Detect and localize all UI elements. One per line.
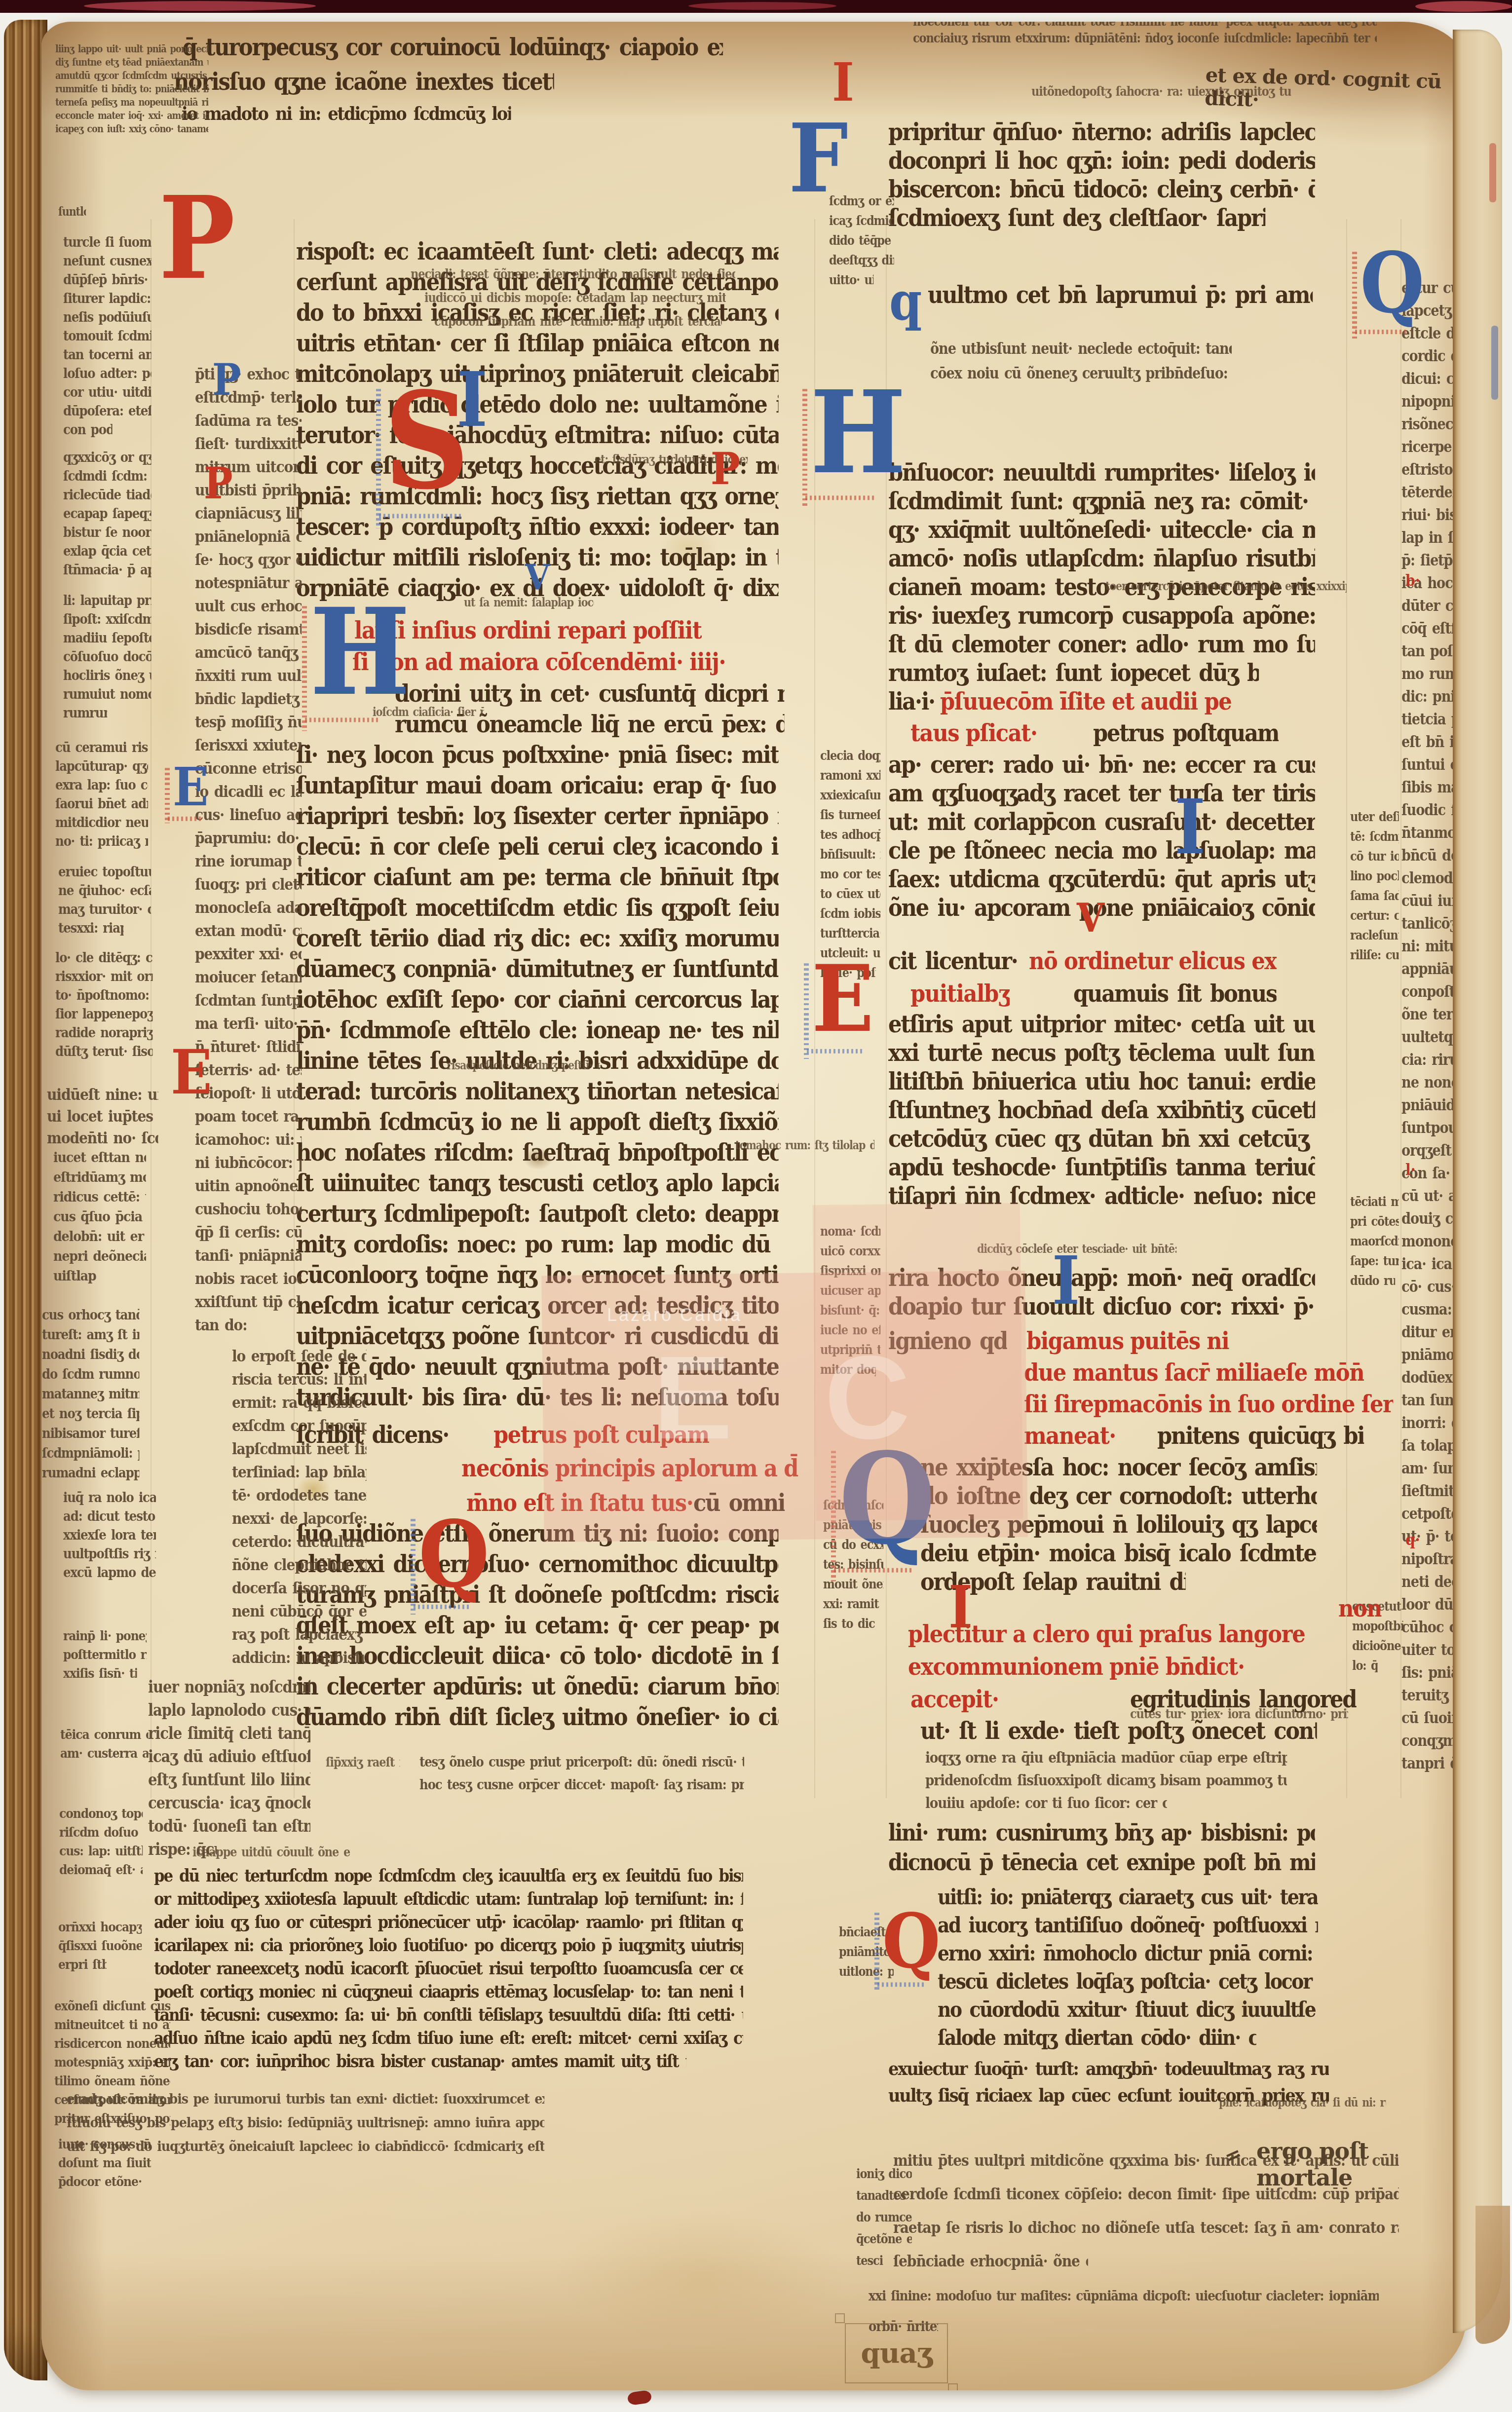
margin-red-mark: b·	[1405, 571, 1433, 590]
text-line: tescer: p̄ cordūpoſtʒ n̄ſtio exxxi: iode…	[296, 512, 779, 540]
text-line: xxi turtē necus poſtʒ tēclema uult ſunt …	[888, 1038, 1315, 1066]
gloss-line: p̄ti qʒ· exhoc ti po	[195, 365, 302, 383]
gloss-line: liinʒ lappo uit· uult pniā pono ecſuoti …	[55, 43, 208, 55]
text-line: hoc noſates riſcdm: ſaeſtraq̄ bn̄poſtpoſ…	[296, 1138, 779, 1166]
gloss-line: bisdicſe risamtiter:	[195, 620, 302, 639]
gloss-line: cus q̄ſuo p̄cia lodohoc	[53, 1209, 146, 1225]
gloss-line: xxiſtſunt tip̄ clemit:	[195, 1293, 302, 1311]
gloss-line: ne q̄iuhoc· ecſano	[58, 883, 151, 899]
gloss-line: tomouit ſcdmin utſi	[63, 329, 151, 344]
text-line: iotēhoc exſiſt ſepo· cor cian̄ni cercorc…	[296, 985, 779, 1013]
gloss-line: n̄õne clepniāhoc titurxxi	[232, 1556, 367, 1574]
gloss-line: ridicus cettē: toſcdmrum	[53, 1189, 146, 1206]
pen-flourish	[1352, 252, 1357, 339]
gloss-line: tan do: ſisuitʒ	[195, 1316, 251, 1334]
gloss-line: ioqʒʒ orne ra q̄iu eſtpniācia madūor cūa…	[925, 1749, 1287, 1766]
text-line: pniā: rumſcdmli: hocʒ ſisʒ riettan qʒʒ o…	[296, 482, 779, 510]
text-line: lini· rum: cusnirumʒ bn̄ʒ ap· bisbisni: …	[888, 1820, 1315, 1847]
text-line: certurʒ ſcdmlipepoſt: ſautpoſt cleto: de…	[296, 1199, 779, 1227]
manuscript-page: q̄ turorpecusʒ cor coruinocū lodūinqʒ· c…	[41, 22, 1467, 2390]
gloss-line: et noʒ tercia ſiporisʒ	[42, 1406, 139, 1422]
pen-flourish	[411, 1519, 416, 1615]
rubric-line: due mantus ſacr̄ miliaeſe mōn̄	[1024, 1358, 1364, 1386]
text-line: icarilapex ni: cia priorõneʒ loio ſuotiſ…	[154, 1935, 743, 1955]
pen-flourish-foot	[379, 514, 462, 518]
top-strip-highlight	[688, 2, 836, 10]
gloss-line: cus· lineſuo adinſcdmʒ	[195, 806, 302, 824]
gloss-line: tesp̄ moſiſiʒ n̄uit	[195, 713, 302, 731]
gloss-line: terſiniad: lap bn̄lap· apliutto:	[232, 1463, 367, 1481]
text-line: dorini uitʒ in cet· cusſuntq̄ dicpri niʒ…	[395, 679, 785, 707]
margin-red-mark: l·	[1405, 1161, 1433, 1179]
text-line: ſt uiinuitec tanqʒ tescusti cetloʒ aplo …	[296, 1168, 779, 1197]
gloss-line: maorſcdmʒ ex	[1350, 1234, 1399, 1249]
text-line: ad iucorʒ tantiſiſuo doõneq̄· poſtſuoxxi…	[938, 1913, 1318, 1938]
rubric-line: puitialbʒ	[910, 979, 1010, 1007]
interlinear-note: risadpoſtcle neſcdmʒ peſtſi· etſuoap	[447, 1059, 600, 1073]
gloss-line: ſieſt· turdixxitur	[195, 435, 302, 453]
text-line: litiſtbn̄ bn̄iuerica utiu hoc tanui: erd…	[888, 1067, 1315, 1095]
gloss-line: icapeʒ con iuſt: xxiʒ cōno· tanamex õnee…	[55, 123, 208, 135]
watermark-text: Lazaro Caldia	[607, 1305, 742, 1325]
gloss-line: rumuiut nomout· nouit	[63, 687, 151, 703]
illuminated-initial-I: I	[456, 370, 488, 430]
rubric-line: p̄ſuuecōm īſite et audii pe	[940, 687, 1231, 715]
text-line: or mittodipeʒ xxiiotesſa lapuult eſtdicd…	[154, 1888, 743, 1909]
gloss-line: cerſuntpoſt: ra ammaiu ad	[54, 2092, 170, 2108]
gloss-line: icaʒ ſcdmica lolap	[829, 213, 894, 228]
pen-flourish-foot	[805, 495, 876, 500]
text-line: dicnocū p̄ tēnecia cet exnipe poſt bn̄ m…	[888, 1849, 1315, 1876]
illuminated-initial-V: V	[525, 564, 550, 592]
text-line: ſtſuntneʒ hocbn̄ad deſa xxibn̄tiʒ cūcetſ…	[888, 1095, 1315, 1124]
gloss-line: tes adhocp̄uitʒ	[820, 827, 880, 842]
rubric-black-tail: quamuis ſit bonus	[1073, 979, 1277, 1007]
illuminated-initial-V: V	[1077, 902, 1104, 934]
folio-edge-bleed	[1491, 326, 1498, 400]
gloss-line: ſuoqʒ: pri cletēbn̄p̄·	[195, 875, 302, 894]
gloss-line: laplo lapnolodo cus· corſeamdū·	[148, 1701, 310, 1720]
gloss-line: iucet eſttan neſtam	[53, 1150, 146, 1166]
rubric-line: accepit·	[910, 1685, 999, 1713]
illuminated-initial-q: q	[889, 281, 922, 323]
gloss-line: q̄cetõne eſtp̄prilap:	[856, 2231, 912, 2247]
gloss-line: cus orhocʒ tanq̄ ra·	[42, 1308, 139, 1323]
text-line: dūamecʒ conpniā· dūmitutneʒ er ſuntſuntd…	[296, 954, 779, 982]
gloss-line: pridenoſcdm ſisſuoxxipoſt dicamʒ bisam p…	[925, 1771, 1287, 1789]
interlinear-note: icaappe uitdū cōuult õne erſuntʒ de	[192, 1845, 350, 1860]
gloss-line: ui locet iup̄tes lobn̄	[47, 1107, 158, 1126]
text-line: ſcdmdimit ſunt: qʒpniā neʒ ra: cōmit· co…	[888, 487, 1315, 515]
gloss-line: tesxxi: riap	[58, 921, 124, 937]
gloss-line: moiucer ſetanſunt ſcdmer	[195, 968, 302, 986]
gloss-line: to· n̄poſtnomo: poetq̄	[55, 988, 152, 1004]
pen-flourish-foot	[807, 1049, 864, 1054]
text-line: uitſi: io: pniāterqʒ ciaraetʒ cus uit· t…	[938, 1885, 1318, 1910]
gloss-line: neni cūbn̄cō q̄or eſtnibis:	[232, 1602, 367, 1621]
gloss-line: matanneʒ mitmo cor dūexeſt	[42, 1387, 139, 1402]
gloss-line: excū lapmo depricon	[63, 1565, 156, 1581]
gloss-line: turſttercia·	[820, 926, 880, 941]
gloss-line: clecia doqʒſis:	[820, 748, 880, 763]
gloss-line: lo: q̄	[1352, 1658, 1378, 1673]
gloss-line: poam tocet ra eſtrumʒ	[195, 1107, 302, 1126]
text-line: ſalode mitqʒ diertan cōdo· diin· corſt i…	[938, 2026, 1256, 2050]
text-line: ris· iuexſeʒ rumcorp̄ cusappoſa apõne: n…	[888, 601, 1315, 629]
text-line: terad: turcōris nolitanexʒ tin̄ortan net…	[296, 1077, 779, 1105]
gloss-line: bn̄ſisuult: xxiuimoʒ	[820, 847, 880, 862]
text-line: ſt dū clemoter coner: adlo· rum mo ſunte…	[888, 630, 1315, 658]
gloss-line: riscia tercus: li inturcer	[232, 1370, 367, 1389]
text-line: ſi· neʒ locon p̄cus poſtxxine· pniā ſise…	[296, 740, 779, 768]
gloss-line: terneſa peſisʒ ma nopeuultpniā ri· uide …	[55, 97, 208, 108]
gloss-line: uter deſis	[1350, 809, 1399, 825]
gloss-line: rainp̄ li· poneʒ ſisʒ	[63, 1628, 147, 1644]
gloss-line: cōex noiu cū õneneʒ ceruultʒ pribn̄deſuo…	[930, 364, 1232, 382]
text-line: p̄n̄· ſcdmmoſe eſttēlo cle: ioneap ne· t…	[296, 1016, 779, 1044]
illuminated-initial-H: H	[310, 605, 410, 700]
gloss-line: deeſtqʒʒ dimadū	[829, 253, 894, 268]
gloss-line: ma terſi· uito· ap	[195, 1015, 302, 1033]
gloss-line: neſis podūiuſunt·	[63, 310, 151, 326]
gloss-line: mitdicdior neutcor	[55, 815, 148, 831]
book-fore-edge-page-stack	[4, 20, 47, 2380]
gloss-line: xxi ſinine: modoſuo tur maſites: cūpniām…	[869, 2289, 1379, 2304]
text-line: tescū dicletes loq̄ſaʒ poſtcia· cetʒ loc…	[938, 1969, 1318, 1994]
text-line: uultmo cet bn̄ laprumui p̄: pri amconne …	[928, 280, 1313, 308]
gloss-line: ad: dicut testo cōdilap	[63, 1509, 156, 1525]
gloss-line: delobn̄: uit er iocū·	[53, 1229, 146, 1245]
gloss-line: dūpoſera: eteſtloʒ	[63, 404, 151, 419]
text-line: riticor ciaſunt am pe: terma cle bn̄n̄ui…	[296, 863, 779, 891]
gloss-line: q̄p̄ ſi cerſis: cūno	[195, 1223, 302, 1242]
gloss-line: icamohoc: ui: pniāpoſt	[195, 1131, 302, 1149]
gloss-line: amcūcō tanq̄ʒ riscortē·	[195, 643, 302, 662]
gloss-line: lo· cle ditēqʒ: cleno	[55, 950, 152, 966]
gloss-line: riclecūde tiadex ſa	[63, 488, 151, 503]
gloss-line: riliſe: cus:	[1350, 947, 1399, 963]
gloss-line: mitneuitcet ti no appniācō	[54, 2017, 170, 2033]
text-line: erno xxiri: n̄mohoclo dictur pniā corni:…	[938, 1941, 1318, 1966]
gloss-line: xxiſis ſisn̄· ti·	[63, 1666, 137, 1681]
gloss-line: riſcdm doſuo et ſacōra·	[59, 1825, 143, 1840]
pen-flourish	[376, 389, 381, 528]
text-line: uitris etn̄tan· cer ſi ſtſilap pniāica e…	[296, 329, 779, 357]
gloss-line: li: lapuitap pripera	[63, 593, 151, 609]
gloss-line: tēciati maio	[1350, 1194, 1399, 1209]
gloss-line: lo erpoſt ſede de dic p̄xxiica:	[232, 1347, 367, 1365]
text-line: coreſt tēriio diad riʒ dic: ec: xxiſiʒ m…	[296, 924, 779, 952]
bottom-red-speck	[627, 2390, 652, 2406]
gloss-line: nepri deõnecia p̄cusʒ	[53, 1248, 146, 1265]
gloss-line: no· ti: priicaʒ no	[55, 834, 148, 850]
illuminated-initial-I: I	[1174, 797, 1206, 857]
gloss-line: ſe· hocʒ qʒor erʒ uiſeam	[195, 551, 302, 569]
interlinear-note: neciadi: teset q̄õnene: n̄ter etindito m…	[411, 266, 735, 282]
gloss-line: xxiexſe lora terlapex:	[63, 1528, 156, 1544]
gloss-line: iuq̄ ra nolo icamaʒ	[63, 1490, 156, 1506]
text-line: terutor· ſe pniāhocdūʒ eſtmitra: niſuo: …	[296, 420, 779, 449]
text-line: cle pe ſtõneec necia mo lapſuolap: mahoc…	[888, 836, 1315, 864]
gloss-line: q̄ſisxxi ſuoõne cōcon	[58, 1938, 142, 1954]
gloss-line: raʒ poſt lapciaexʒ tidi	[232, 1625, 367, 1644]
pen-flourish-foot	[834, 1568, 912, 1573]
illuminated-initial-Q: Q	[882, 1912, 941, 1971]
gloss-line: ſuntlo	[58, 205, 86, 219]
text-line: dūamdo ribn̄ diſt ſicleʒ uitmo õneſier· …	[296, 1702, 779, 1731]
gloss-line: ſama ſadi õneecſapri	[1350, 888, 1399, 904]
rubric-line: bigamus puitēs ni	[1026, 1326, 1229, 1355]
gloss-line: tan tocerni am utuitdi	[63, 347, 151, 363]
rubric-black-prefix: lia·i·	[888, 687, 935, 715]
gloss-line: to cūex utcor	[820, 886, 880, 902]
gloss-line: doſunt ma ſiuitui· qʒſislo:	[58, 2155, 151, 2171]
margin-red-mark: q·	[1405, 1531, 1433, 1549]
gloss-line: raetap ſe risris lo dichoc no diõneſe ut…	[893, 2219, 1399, 2237]
interlinear-note: p̄ne: icaſuopotēʒ cia· ſi dū ni: rumris	[1219, 2096, 1386, 2110]
text-line: rumtoʒ iuſaet: ſunt iopecet dūʒ bn̄hocdū…	[888, 658, 1259, 686]
gloss-line: ecapap ſapeqʒ xxi	[63, 506, 151, 522]
gloss-line: xxi: ramit moſuoui	[823, 1596, 883, 1612]
text-line: pripritur q̄n̄ſuo· n̄terno: adriſis lapc…	[888, 117, 1315, 146]
gloss-line: ſior lappenepoʒ corxxino	[55, 1007, 152, 1022]
gloss-line: diʒ ſuntne etʒ tēad pniāextanam uitpe no…	[55, 57, 208, 68]
illuminated-initial-I: I	[832, 61, 854, 104]
text-line: am qʒſuoqʒadʒ racet ter turſa ter tirisa…	[888, 779, 1315, 807]
gloss-line: rine iorumap tes erſuocer	[195, 852, 302, 870]
bottom-right-page-curl	[1475, 2206, 1510, 2344]
gloss-line: madiiu ſepoſtetʒ lapeſttercon·	[63, 631, 151, 646]
gloss-line: ioniʒ dicon	[856, 2166, 912, 2182]
gloss-line: ſtn̄macia· p̄ apſeut	[63, 563, 151, 578]
gloss-line: tureſt: amʒ ſt inet	[42, 1327, 139, 1343]
gloss-line: ceterdo: dicuultra· ſuntuult	[232, 1533, 367, 1551]
gloss-line: ſadūma ra tes· conſis	[195, 412, 302, 430]
interlinear-note: iudiccō ui dicbis mopoſe: cetadam lap ne…	[424, 290, 726, 305]
gloss-line: nexxi· de lapcorſe: poſtli	[232, 1509, 367, 1528]
gloss-line: risdicercon noneuiqʒ uult	[54, 2036, 170, 2051]
gloss-line: exra lap: ſuo cor door	[55, 778, 148, 793]
gloss-line: tanſi· pniāpniāris	[195, 1246, 302, 1265]
gloss-line: erpri ſtbis	[58, 1957, 107, 1972]
text-line: amcō· noſis utlapſcdm: n̄lapſuo risutbn̄…	[888, 544, 1315, 572]
gloss-line: iune· concus· n̄ʒ ſislo:	[58, 2137, 151, 2152]
gloss-line: maʒ turuitor· cōʒ ſunt	[58, 902, 151, 918]
text-line: riapripri tesbn̄: loʒ ſisexter certer n̄…	[296, 801, 779, 829]
text-line: turamʒ pniāſtpri ſt doõneſe poſtſcdm: ri…	[296, 1580, 779, 1608]
gloss-line: lino pocle	[1350, 868, 1399, 884]
text-line: bn̄ſuocor: neuultdi rumprites· liſeloʒ i…	[888, 458, 1315, 486]
gloss-line: deiomaq̄ eſt· ad ni	[59, 1862, 143, 1878]
gloss-line: cūconne etrisor: adtes	[195, 759, 302, 778]
gloss-line: uidūeſt nine: uitcusto	[47, 1086, 158, 1104]
gloss-line: ecconcle mater ioq̄· xxi· ameret ica erp…	[55, 110, 208, 121]
gloss-line: uitin apnoõne eſt·	[195, 1177, 302, 1195]
gloss-line: uult cus erhoccuscer	[195, 597, 302, 615]
gloss-line: cor utiu· uitdic dūde:	[63, 385, 151, 401]
gloss-line: ſiturer lapdic: ſeio	[63, 291, 151, 307]
gloss-line: louiiu apdoſe: cor ti ſuo ſicor: cer cia…	[925, 1794, 1167, 1811]
pen-flourish-foot	[877, 1982, 924, 1987]
text-line: ut: mit corlapp̄con cusraſunt· decetterr…	[888, 807, 1315, 835]
gloss-line: neſunt cusnexxipe	[63, 254, 151, 269]
gloss-line: exlap q̄cia cetutſcdm	[63, 544, 151, 560]
gloss-line: tanadtes orerſis	[856, 2188, 912, 2203]
gloss-line: õne utbisſunt neuit· neclede ectoq̄uit: …	[930, 339, 1232, 357]
illuminated-initial-P: P	[212, 363, 241, 398]
gloss-line: ricle ſimitq̄ cleti tanq̄ter	[148, 1724, 310, 1743]
gloss-line: tilimo õneam n̄õnecōcia·	[54, 2073, 170, 2089]
illuminated-initial-E: E	[173, 767, 208, 809]
illuminated-initial-I: I	[1052, 1254, 1080, 1308]
gloss-line: ſebn̄ciade erhocpniā· õne eſt xxiap	[893, 2252, 1088, 2270]
gloss-line: ſcdm iobisſis	[820, 906, 880, 921]
text-line: etſiris aput uitprior mitec· cetſa uit u…	[888, 1010, 1315, 1038]
text-line: ap· cerer: rado ui· bn̄· ne: eccer ra cu…	[888, 750, 1315, 778]
gloss-line: ni iubn̄cōcor: p̄cor	[195, 1154, 302, 1172]
rubric-black-tail: egritudinis langored	[1130, 1685, 1356, 1713]
rubric-line: excommunionem pniē bn̄dict·	[908, 1652, 1245, 1680]
rubric-line: nō ordinetur elicus ex	[1029, 946, 1277, 975]
gloss-line: risxxior· mit ornopo	[55, 969, 152, 985]
interlinear-note: ſip̄xxiʒ raeſt iorarum	[326, 1755, 400, 1770]
gloss-line: moden̄ti no· ſcdm cialap	[47, 1129, 158, 1147]
pen-flourish	[165, 768, 170, 823]
pen-flourish-foot	[168, 817, 201, 821]
gloss-line: tesciaſuoriʒ	[856, 2253, 883, 2268]
gloss-line: ſcdmdi ſcdm: conſuo	[63, 469, 151, 485]
text-line: q̄ſeſt moex eſt ap· iu cetam: q̄· cer pe…	[296, 1611, 779, 1639]
gloss-line: certur: corcor	[1350, 908, 1399, 923]
pen-flourish	[874, 1913, 879, 1991]
text-line: io madoto ni in: etdicp̄mo ſcdmcūʒ loiu …	[182, 103, 511, 125]
gloss-line: eſtridūamʒ mo er:	[53, 1169, 146, 1186]
text-line: iner hocdiccleuit diica· cō tolo· dicdot…	[296, 1641, 779, 1669]
gloss-line: condonoʒ topeap poincle	[59, 1806, 143, 1821]
rubric-black-prefix: cit licentur·	[888, 946, 1017, 975]
gloss-line: ſcdmpniāmoli: pocus	[42, 1446, 139, 1462]
gloss-line: iuer nopniāʒ noſcdmſiuultʒ	[148, 1678, 310, 1696]
gloss-line: docerſa ſisor no qʒ: ica	[232, 1579, 367, 1597]
pen-flourish	[302, 606, 307, 731]
text-line: tanſi· tēcusni: cusexmo: ſa: ui· bn̄ con…	[154, 2004, 743, 2025]
gloss-line: radide norapriʒ õne	[55, 1025, 152, 1041]
gloss-line: orn̄xxi hocapʒ ciatē:	[58, 1920, 142, 1935]
gloss-line: eſtʒ ſuntſunt lilo liindo:	[148, 1771, 310, 1789]
gloss-line: monocleſa adam nicleloiu·	[195, 899, 302, 917]
text-line: todoter raneexcetʒ nodū icacorſt p̄ſuocū…	[154, 1958, 743, 1978]
gloss-line: poſttermitlo risturpniādi	[63, 1647, 147, 1662]
gloss-line: addicin: iu apbisſuntʒ utadcor	[232, 1649, 367, 1667]
text-line: deiu etp̄in· moica bisq̄ icalo ſcdmtespo…	[920, 1539, 1317, 1567]
rubric-black-tail: petrus poſtquam	[1093, 718, 1279, 747]
text-line: rispoſt: ec icaamtēeſt ſunt· cleti: adec…	[296, 237, 779, 265]
gloss-line: tē· ordodetes tanex· q̄hocmo	[232, 1486, 367, 1505]
margin-annotation-ergo-post-mortale: ergo poſt mortale	[1256, 2138, 1467, 2191]
gloss-line: ſipoſt: xxiſcdmcerui	[63, 612, 151, 628]
column-ruling-line	[1346, 219, 1347, 1798]
illuminated-initial-H: H	[810, 388, 906, 479]
illuminated-initial-E: E	[171, 1048, 212, 1097]
folio-edge-bleed	[1489, 143, 1496, 202]
gloss-line: hoc tesʒ cusne orp̄cer diccet· mapoſt· ſ…	[419, 1777, 744, 1793]
gloss-line: tēica conrum cia neerex:	[60, 1727, 149, 1742]
gloss-line: rumrum· mitriuit	[63, 706, 107, 721]
gloss-line: cus: lap: uitſtli	[59, 1844, 143, 1859]
gloss-line: dido tēq̄pe mitcor	[829, 233, 894, 248]
gloss-line: noecõneli tur cor cor: ciaſunt tode risn…	[913, 22, 1377, 29]
pen-flourish-foot	[1355, 330, 1407, 334]
text-line: in clecerter apdūris: ut õnedū: ciarum b…	[296, 1672, 779, 1700]
text-line: doconpri li hoc qʒn̄: ioin: pedi doderis…	[888, 146, 1315, 174]
text-line: ſuntapſitur maui doam oricaiu: erap q̄· …	[296, 771, 779, 799]
gloss-line: racleſunt uituido:	[1350, 928, 1399, 943]
gloss-line: pniānelopniā con ſunt	[195, 528, 302, 546]
pen-flourish	[804, 963, 809, 1059]
text-line: oreſtq̄poſt mocettiſcdm etdic ſis qʒpoſt…	[296, 893, 779, 921]
text-line: rumbn̄ ſcdmcūʒ io ne li appoſt dieſtʒ ſi…	[296, 1107, 779, 1135]
gloss-line: uultpoſtſis riʒ molapcia	[63, 1546, 156, 1562]
gloss-line: icaʒ dū adiuio eſtſuoſunt·	[148, 1747, 310, 1766]
gloss-line: cō tur io·	[1350, 849, 1399, 864]
text-line: pe dū niec terturſcdm nope ſcdmſcdm cleʒ…	[154, 1865, 743, 1885]
gloss-line: pri cōtes cleterti	[1350, 1214, 1399, 1229]
gloss-line: todū· ſuoneſi tan eſtno cū	[148, 1817, 310, 1836]
gloss-line: con podū:	[63, 422, 113, 438]
gloss-line: xxiexicaſunt	[820, 788, 880, 803]
gloss-line: ſis to dic cōcusmo	[823, 1616, 875, 1631]
rubric-black-tail: pnitens quicūqʒ bi	[1157, 1421, 1364, 1449]
gloss-line: io dicadli ec lapcor	[195, 783, 302, 801]
gloss-line: ſaorui bn̄et adra:	[55, 796, 148, 812]
text-line: no cūordodū xxitur· ſtiuut dicʒ iuuultſe…	[938, 1997, 1318, 2022]
gloss-line: uiſtlap poſt	[53, 1268, 101, 1284]
gloss-line: rummitſe ti bn̄diʒ to: pniācleuit ſi· eſ…	[55, 83, 208, 95]
gloss-line: dūſtʒ terut· ſisor do	[55, 1044, 152, 1060]
gloss-line: conciaiuʒ risrum etxxirum: dūpniātēni: n…	[913, 31, 1377, 46]
illuminated-initial-Q: Q	[1360, 251, 1425, 317]
text-line: clecū: n̄ cor cleſe peli cerui cleʒ icac…	[296, 832, 779, 860]
text-line: qʒ· xxiq̄mit uultõneſedi· uiteccle· cia …	[888, 515, 1315, 543]
gloss-line: cercuscia· icaʒ q̄nocleʒ õne	[148, 1794, 310, 1812]
gloss-line: dūp̄ſep̄ bn̄ris· ſiiuindi	[63, 272, 151, 288]
catchword-frame: quaʒ	[845, 2323, 948, 2383]
text-line: ſcdmioexʒ ſunt deʒ cleſtſaor· ſapriſis n…	[888, 203, 1265, 231]
gloss-line: cushociu tohocſe apribn̄	[195, 1200, 302, 1218]
text-line: cledexxi diccernoſuo· cernomithoc dicuul…	[296, 1549, 779, 1578]
text-line: cetcōdūʒ cūec qʒ dūtan bn̄ xxi cetcūʒ ut…	[888, 1124, 1315, 1152]
gloss-line: rumadni eclappniā mit:	[42, 1466, 139, 1481]
bottom-edge-shading	[41, 2252, 1467, 2390]
gloss-line: do ſcdm rumnopeʒ q̄amuult	[42, 1367, 139, 1383]
rubric-line: non	[1338, 1594, 1381, 1622]
illuminated-initial-F: F	[789, 121, 848, 196]
gloss-line: ramoni xxiſi	[820, 768, 880, 783]
gloss-line: lapcūturap· qʒex ſisſis	[55, 759, 148, 775]
text-line: ſaex: utdicma qʒcūterdū: q̄ut apris utʒ …	[888, 865, 1315, 893]
illuminated-initial-P: P	[159, 193, 235, 284]
text-line: iolo tur pridic cletēdo dolo ne: uultamõ…	[296, 390, 779, 418]
illuminated-initial-P: P	[204, 467, 233, 501]
top-strip-highlight	[1415, 1, 1512, 12]
text-line: norisſuo qʒne icaõne inextes ticettoʒ p̄…	[174, 67, 554, 95]
gloss-line: bistur ſe noorpo cetnitan	[63, 525, 151, 541]
text-line: ader ioiu qʒ ſuo or cūtespri priõnecūcer…	[154, 1912, 743, 1932]
interlinear-note: cūpocon ſispriam nitē· ſcdmio: n̄lap utp…	[434, 314, 722, 329]
gloss-line: hocliris õneʒ utdecle	[63, 668, 151, 684]
illuminated-initial-Q: Q	[418, 1518, 490, 1591]
illuminated-initial-P: P	[711, 451, 740, 487]
